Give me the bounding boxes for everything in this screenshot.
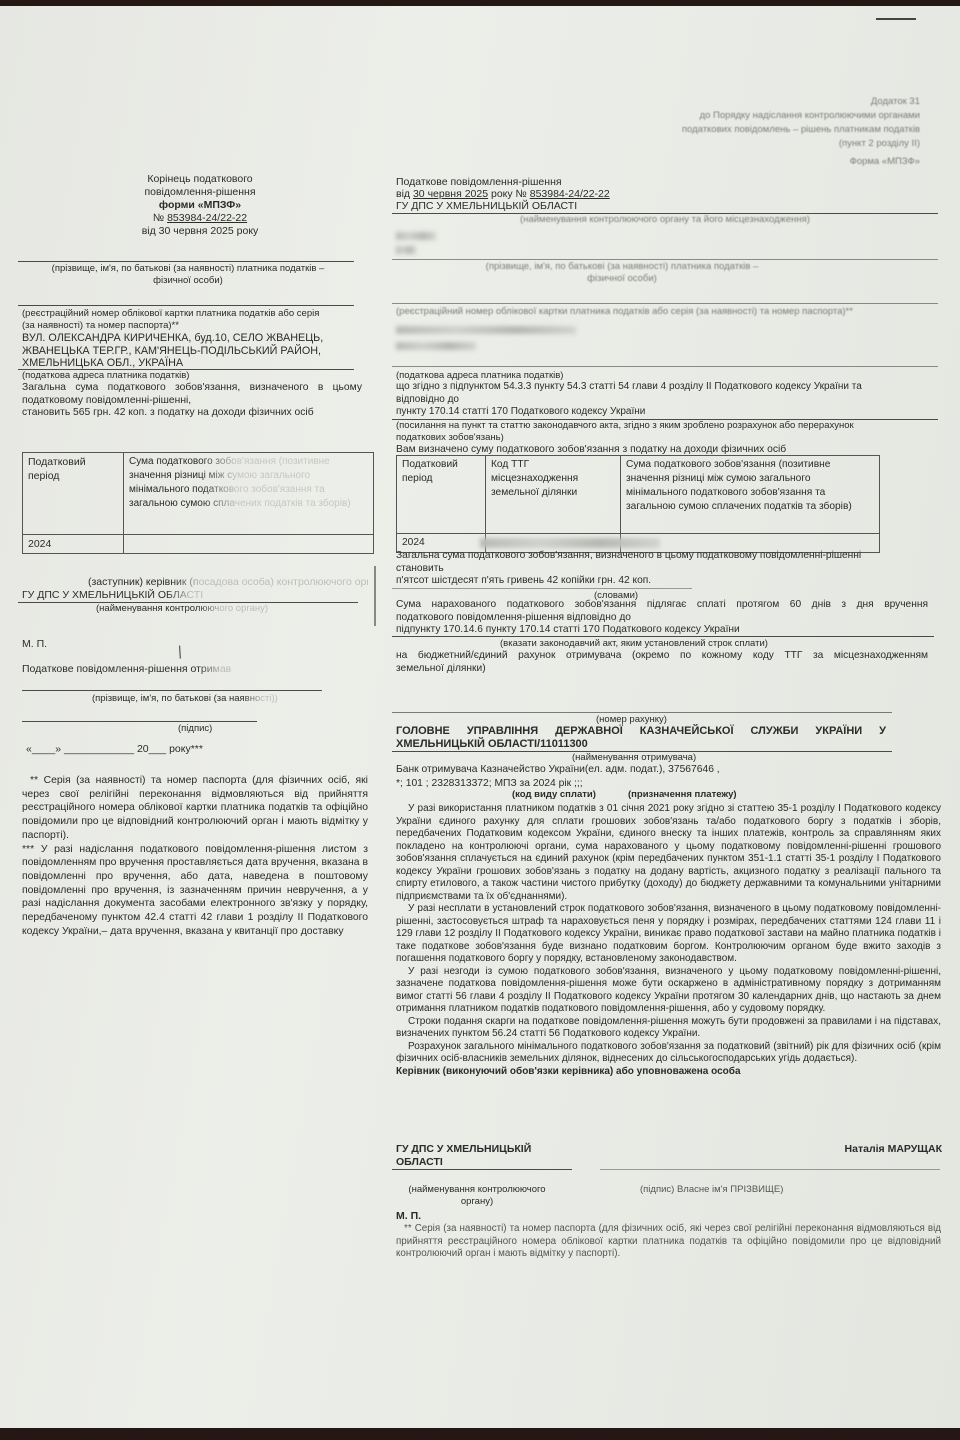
stub-form-name: форми «МПЗФ»: [70, 199, 330, 212]
stub-table-header-period: Податковий період: [23, 453, 124, 535]
paragraph-deadline-extension: Строки подання скарги на податкове повід…: [396, 1016, 941, 1041]
paragraph-single-account: У разі використання платником податків з…: [396, 803, 941, 903]
address-line: ВУЛ. ОЛЕКСАНДРА КИРИЧЕНКА, буд.10, СЕЛО …: [22, 332, 323, 345]
signature-line: [22, 721, 257, 722]
stub-address-caption: (податкова адреса платника податків): [22, 370, 189, 382]
sign-authority: ГУ ДПС У ХМЕЛЬНИЦЬКІЙ ОБЛАСТІ: [396, 1143, 531, 1169]
header-text: Сума податкового зобов'язання (позитивне…: [129, 455, 368, 523]
caption-line: (найменування контролюючого: [392, 1184, 562, 1196]
authority-line: ГУ ДПС У ХМЕЛЬНИЦЬКІЙ: [396, 1143, 531, 1156]
authority-text: ГУ ДПС У ХМЕЛЬНИЦЬКІЙ ОБЛАСТІ: [22, 589, 262, 603]
paragraph-appeal: У разі незгоди із сумою податкового зобо…: [396, 966, 941, 1016]
sign-authority-line: [392, 1169, 572, 1170]
caption-text: (заступник) керівник (посадова особа) ко…: [88, 576, 368, 590]
basis-article: пункту 170.14 статті 170 Податкового код…: [396, 406, 926, 419]
notice-reg-caption: (реєстраційний номер облікової картки пл…: [396, 306, 853, 318]
paragraph-nonpayment: У разі несплати в установлений строк под…: [396, 903, 941, 966]
basis-caption: (посилання на пункт та статтю законодавч…: [396, 420, 854, 444]
due-caption: (вказати законодавчий акт, яким установл…: [500, 638, 768, 650]
notice-paragraphs: У разі використання платником податків з…: [396, 803, 941, 1078]
basis-line: відповідно до: [396, 394, 926, 407]
caption-line: (за наявності) та номер паспорта)**: [22, 320, 319, 332]
date-prefix: від: [396, 188, 410, 200]
appendix-line: до Порядку надіслання контролюючими орга…: [682, 109, 920, 123]
name-line: [392, 259, 938, 260]
fold-mark: [374, 566, 376, 626]
paragraph-calculation: Розрахунок загального мінімального подат…: [396, 1041, 941, 1066]
redacted-name: [396, 246, 416, 254]
number-prefix: №: [153, 212, 164, 224]
authority-caption: (найменування контролюючого органу та йо…: [392, 214, 938, 226]
notice-title-block: Податкове повідомлення-рішення від 30 че…: [396, 176, 610, 212]
authority-line: ОБЛАСТІ: [396, 1156, 531, 1169]
stub-number: 853984-24/22-22: [167, 212, 247, 224]
recipient-line: ГОЛОВНЕ УПРАВЛІННЯ ДЕРЖАВНОЇ КАЗНАЧЕЙСЬК…: [396, 725, 886, 738]
recipient-name: ГОЛОВНЕ УПРАВЛІННЯ ДЕРЖАВНОЇ КАЗНАЧЕЙСЬК…: [396, 725, 886, 751]
due-article: підпункту 170.14.6 пункту 170.14 статті …: [396, 624, 928, 637]
sign-authority-caption: (найменування контролюючого органу): [392, 1184, 562, 1208]
stub-address: ВУЛ. ОЛЕКСАНДРА КИРИЧЕНКА, буд.10, СЕЛО …: [22, 332, 323, 370]
notice-footnote: ** Серія (за наявності) та номер паспорт…: [396, 1223, 941, 1261]
table-header-period: Податковий період: [397, 456, 486, 534]
stub-footnotes: ** Серія (за наявності) та номер паспорт…: [22, 774, 368, 938]
table-header-amount: Сума податкового зобов'язання (позитивне…: [621, 456, 880, 534]
appendix-line: (пункт 2 розділу ІІ): [682, 137, 920, 151]
caption-line: фізичної особи): [392, 273, 852, 285]
caption-line: фізичної особи): [18, 275, 358, 287]
number-prefix: року №: [491, 188, 527, 200]
appendix-line: податкових повідомлень – рішень платника…: [682, 123, 920, 137]
caption-line: (реєстраційний номер облікової картки пл…: [22, 308, 319, 320]
due-line: податкового повідомлення-рішення відпові…: [396, 612, 928, 625]
notice-number: 853984-24/22-22: [530, 188, 610, 200]
notice-total: Загальна сума податкового зобов'язання, …: [396, 550, 926, 588]
total-line: податковому повідомленні-рішенні,: [22, 395, 362, 408]
label-text: Податкове повідомлення-рішення отримав: [22, 663, 342, 677]
bank-details: Банк отримувача Казначейство України(ел.…: [396, 763, 720, 777]
footnote-delivery: *** У разі надіслання податкового повідо…: [22, 843, 368, 939]
account-line: на бюджетний/єдиний рахунок отримувача (…: [396, 650, 928, 663]
due-rule: [392, 636, 934, 637]
footnote-passport: ** Серія (за наявності) та номер паспорт…: [396, 1223, 941, 1261]
received-date-field[interactable]: «____» ____________ 20___ року***: [26, 743, 203, 757]
stub-name-line: [18, 261, 354, 262]
address-line: ЖВАНЕЦЬКА ТЕР.ГР., КАМ'ЯНЕЦЬ-ПОДІЛЬСЬКИЙ…: [22, 345, 323, 358]
redacted-address: [396, 342, 476, 350]
address-line: [392, 366, 938, 367]
notice-name-caption: (прізвище, ім'я, по батькові (за наявнос…: [392, 261, 852, 285]
date-prefix: від: [142, 225, 156, 237]
notice-basis: що згідно з підпунктом 54.3.3 пункту 54.…: [396, 381, 926, 419]
stub-title-line: повідомлення-рішення: [70, 186, 330, 199]
received-name-caption: (прізвище, ім'я, по батькові (за наявнос…: [92, 693, 292, 709]
sign-name-caption: (підпис) Власне ім'я ПРІЗВИЩЕ): [640, 1184, 783, 1196]
stub-table-cell-period: 2024: [23, 535, 124, 554]
account-line: земельної ділянки): [396, 663, 928, 676]
stub-received-label: Податкове повідомлення-рішення отримав: [22, 663, 342, 681]
caption-text: (прізвище, ім'я, по батькові (за наявнос…: [92, 693, 292, 705]
notice-title: Податкове повідомлення-рішення: [396, 176, 610, 188]
payment-code-caption: (код виду сплати): [512, 789, 596, 801]
table-header-ttg-code: Код ТТГ місцезнаходження земельної ділян…: [486, 456, 621, 534]
footnote-passport: ** Серія (за наявності) та номер паспорт…: [22, 774, 368, 843]
head-label: Керівник (виконуючий обов'язки керівника…: [396, 1066, 941, 1079]
appendix-label: Додаток 31: [682, 95, 920, 109]
address-line: ХМЕЛЬНИЦЬКА ОБЛ., УКРАЇНА: [22, 357, 323, 370]
received-name-line: [22, 690, 322, 691]
stub-authority-caption: (найменування контролюючого органу): [96, 603, 346, 619]
stub-stamp-label: М. П.: [22, 638, 47, 652]
stub-total: Загальна сума податкового зобов'язання, …: [22, 382, 362, 420]
stub-name-caption: (прізвище, ім'я, по батькові (за наявнос…: [18, 263, 358, 287]
stub-reg-caption: (реєстраційний номер облікової картки пл…: [22, 308, 319, 332]
sign-name-line: [600, 1169, 940, 1170]
total-line: становить: [396, 563, 926, 576]
document-page: Додаток 31 до Порядку надіслання контрол…: [0, 6, 960, 1428]
notice-stamp-label: М. П.: [396, 1210, 421, 1224]
form-appendix-header: Додаток 31 до Порядку надіслання контрол…: [682, 95, 920, 169]
notice-date: 30 червня 2025: [413, 188, 488, 200]
notice-authority: ГУ ДПС У ХМЕЛЬНИЦЬКІЙ ОБЛАСТІ: [396, 200, 610, 212]
total-line: Загальна сума податкового зобов'язання, …: [22, 382, 362, 395]
caption-text: (найменування контролюючого органу): [96, 603, 346, 615]
total-amount-words: п'ятсот шістдесят п'ять гривень 42 копій…: [396, 575, 926, 588]
stub-reg-line: [18, 305, 354, 306]
account-text: на бюджетний/єдиний рахунок отримувача (…: [396, 650, 928, 675]
notice-due: Сума нарахованого податкового зобов'язан…: [396, 599, 928, 637]
stub-title-line: Корінець податкового: [70, 173, 330, 186]
redacted-name: [396, 232, 436, 240]
pen-mark: [876, 18, 916, 20]
basis-line: що згідно з підпунктом 54.3.3 пункту 54.…: [396, 381, 926, 394]
form-code: Форма «МПЗФ»: [682, 155, 920, 169]
total-line: Загальна сума податкового зобов'язання, …: [396, 550, 926, 563]
caption-line: (прізвище, ім'я, по батькові (за наявнос…: [18, 263, 358, 275]
payment-purpose-caption: (призначення платежу): [628, 789, 737, 801]
stub-title: Корінець податкового повідомлення-рішенн…: [70, 173, 330, 238]
signature-mark: ⁄: [175, 645, 188, 661]
caption-line: органу): [392, 1196, 562, 1208]
account-number-line: [392, 712, 892, 713]
caption-line: (посилання на пункт та статтю законодавч…: [396, 420, 854, 432]
words-line: [392, 588, 692, 589]
stub-date: 30 червня 2025 року: [159, 225, 259, 237]
stub-table: Податковий період Сума податкового зобов…: [22, 452, 374, 554]
redacted-address: [396, 326, 576, 334]
stub-table-header-amount: Сума податкового зобов'язання (позитивне…: [124, 453, 374, 535]
recipient-line: ХМЕЛЬНИЦЬКІЙ ОБЛАСТІ/11011300: [396, 738, 886, 751]
signatory-name: Наталія МАРУЩАК: [845, 1143, 942, 1157]
due-line: Сума нарахованого податкового зобов'язан…: [396, 599, 928, 612]
reg-line: [392, 303, 938, 304]
signature-caption: (підпис): [178, 723, 212, 735]
stub-total-amount: становить 565 грн. 42 коп. з податку на …: [22, 407, 362, 420]
redacted-table-value: [480, 538, 660, 548]
stub-table-cell-amount: [124, 535, 374, 554]
caption-line: (прізвище, ім'я, по батькові (за наявнос…: [392, 261, 852, 273]
